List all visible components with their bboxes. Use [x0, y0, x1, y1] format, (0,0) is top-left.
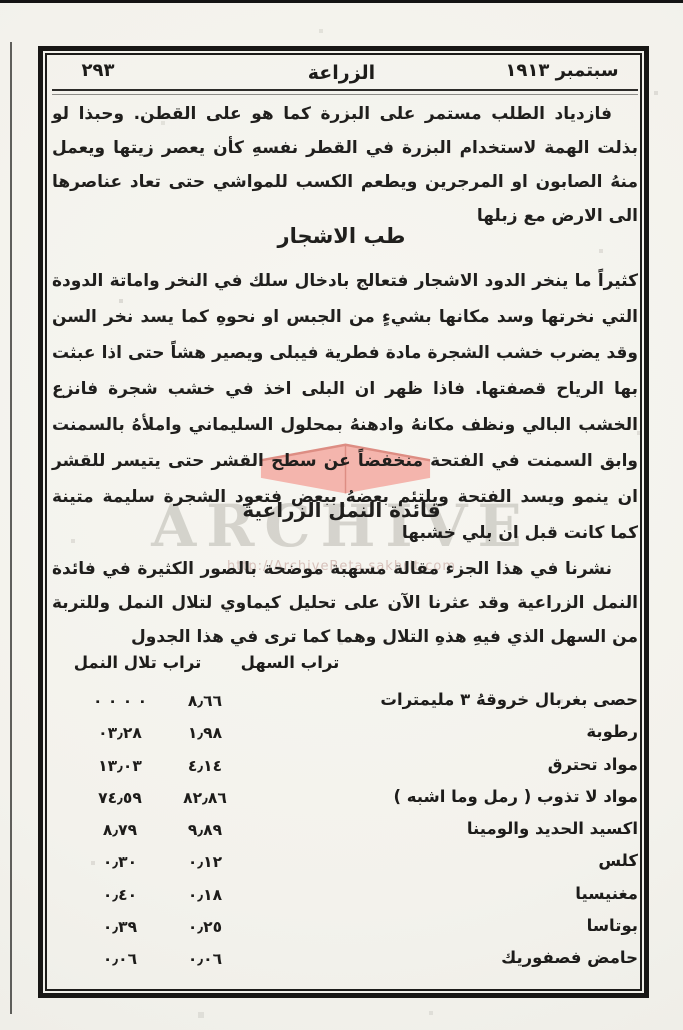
ant-hill-soil-value: ١٣٫٠٣	[65, 757, 175, 775]
table-column-header-plain-soil: تراب السهل	[240, 653, 340, 672]
scan-noise	[0, 0, 2, 2]
soil-analysis-table: حصى بغربال خروقهُ ٣ مليمترات ٨٫٦٦ ٠ ٠ ٠ …	[52, 688, 638, 979]
row-label: بوتاسا	[587, 916, 638, 935]
header-page-number: ٢٩٣	[68, 60, 128, 81]
table-row: حصى بغربال خروقهُ ٣ مليمترات ٨٫٦٦ ٠ ٠ ٠ …	[52, 688, 638, 720]
row-label: حامض فصفوريك	[501, 948, 638, 967]
row-label: مغنيسيا	[575, 884, 638, 903]
table-row: مواد لا تذوب ( رمل وما اشبه ) ٨٢٫٨٦ ٧٤٫٥…	[52, 785, 638, 817]
ant-hill-soil-value: ٠٣٫٢٨	[65, 724, 175, 742]
row-label: رطوبة	[586, 722, 638, 741]
ant-hill-soil-value: ٧٤٫٥٩	[65, 789, 175, 807]
table-row: بوتاسا ٠٫٢٥ ٠٫٣٩	[52, 914, 638, 946]
row-label: اكسيد الحديد والومينا	[467, 819, 638, 838]
table-row: كلس ٠٫١٢ ٠٫٣٠	[52, 849, 638, 881]
ant-hill-soil-value: ٠٫٣٠	[65, 853, 175, 871]
paragraph-ants-analysis: نشرنا في هذا الجزء مقالة مسهبة موضحة بال…	[52, 552, 638, 654]
scanned-journal-page: ARCHIVE http://ArchiveBeta.sakhrit.com س…	[0, 0, 683, 1030]
ant-hill-soil-value: ٠٫٣٩	[65, 918, 175, 936]
table-row: مغنيسيا ٠٫١٨ ٠٫٤٠	[52, 882, 638, 914]
section-heading-tree-medicine: طب الاشجار	[0, 224, 683, 248]
header-divider-rule	[52, 89, 638, 95]
ant-hill-soil-value: ٠٫٠٦	[65, 950, 175, 968]
paragraph-seed-demand: فازدياد الطلب مستمر على البزرة كما هو عل…	[52, 97, 638, 233]
ant-hill-soil-value: ٨٫٧٩	[65, 821, 175, 839]
scan-edge-top	[0, 0, 683, 3]
row-label: كلس	[598, 851, 638, 870]
table-row: مواد تحترق ٤٫١٤ ١٣٫٠٣	[52, 753, 638, 785]
row-label: مواد لا تذوب ( رمل وما اشبه )	[393, 787, 638, 806]
ant-hill-soil-value: ٠ ٠ ٠ ٠	[65, 692, 175, 710]
section-heading-ants-benefit: فائدة النمل الزراعية	[0, 498, 683, 522]
row-label: حصى بغربال خروقهُ ٣ مليمترات	[380, 690, 638, 709]
ant-hill-soil-value: ٠٫٤٠	[65, 886, 175, 904]
row-label: مواد تحترق	[548, 755, 638, 774]
table-row: رطوبة ١٫٩٨ ٠٣٫٢٨	[52, 720, 638, 752]
table-row: اكسيد الحديد والومينا ٩٫٨٩ ٨٫٧٩	[52, 817, 638, 849]
table-column-header-ant-hill-soil: تراب تلال النمل	[70, 653, 205, 672]
table-row: حامض فصفوريك ٠٫٠٦ ٠٫٠٦	[52, 946, 638, 978]
